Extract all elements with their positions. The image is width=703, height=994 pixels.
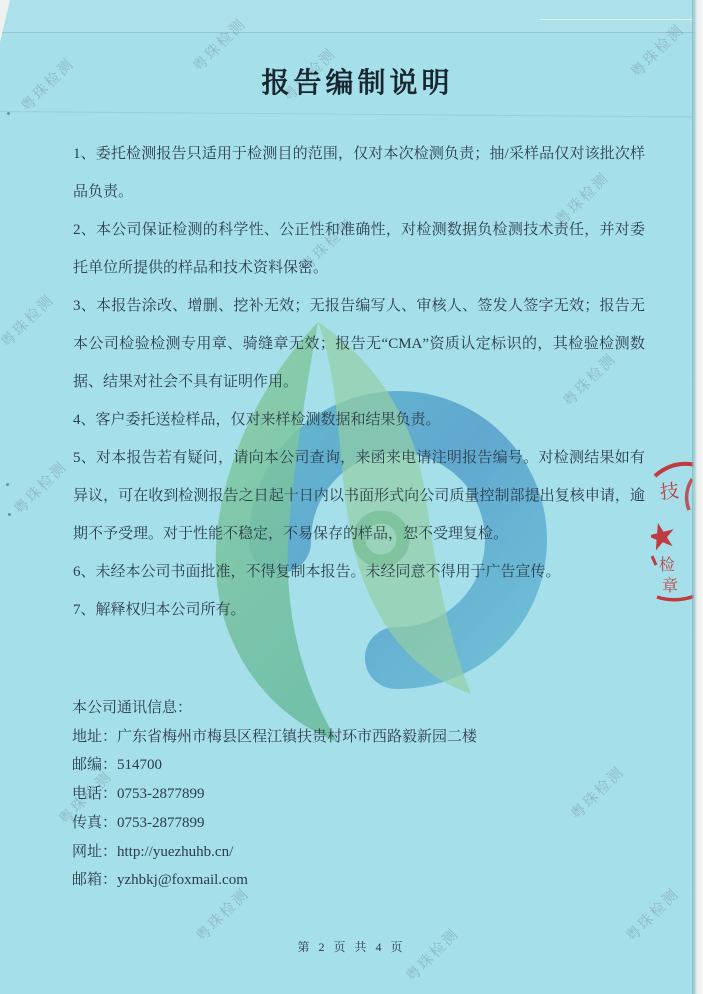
- contact-label: 网址：: [72, 844, 117, 860]
- note-item-6: 6、未经本公司书面批准，不得复制本报告。未经同意不得用于广告宣传。: [73, 553, 645, 591]
- seal-star-icon: ★: [651, 513, 682, 560]
- contact-phone: 电话：0753-2877899: [72, 780, 632, 809]
- contact-value: yzhbkj@foxmail.com: [117, 872, 248, 888]
- contact-value: 0753-2877899: [117, 815, 205, 831]
- contact-label: 传真：: [72, 815, 117, 831]
- note-item-7: 7、解释权归本公司所有。: [73, 591, 645, 629]
- seal-arc-top: [655, 464, 696, 476]
- scan-page-edge-line: [692, 0, 693, 994]
- contact-postcode: 邮编：514700: [72, 751, 632, 780]
- page-corner-fold: [0, 0, 10, 42]
- seal-char-top: 技: [659, 480, 680, 504]
- contact-email: 邮箱：yzhbkj@foxmail.com: [72, 866, 632, 895]
- note-item-4: 4、客户委托送检样品，仅对来样检测数据和结果负责。: [73, 401, 645, 439]
- scan-speck: [6, 483, 9, 486]
- contact-label: 电话：: [72, 786, 117, 802]
- contact-website: 网址：http://yuezhuhb.cn/: [72, 838, 632, 867]
- page-title: 报告编制说明: [0, 66, 703, 100]
- contact-value: 514700: [117, 757, 162, 773]
- contact-value: http://yuezhuhb.cn/: [117, 844, 233, 860]
- watermark-text: 粤珠检测: [0, 289, 58, 352]
- seal-char-mid: 检: [659, 556, 675, 574]
- scan-crease-line: [0, 111, 703, 118]
- contact-info: 本公司通讯信息： 地址：广东省梅州市梅县区程江镇扶贵村环市西路毅新园二楼 邮编：…: [72, 694, 632, 895]
- scan-page-edge: [692, 0, 703, 994]
- note-item-1: 1、委托检测报告只适用于检测目的范围，仅对本次检测负责；抽/采样品仅对该批次样品…: [73, 135, 645, 211]
- note-item-3: 3、本报告涂改、增删、挖补无效；无报告编写人、审核人、签发人签字无效；报告无本公…: [73, 287, 645, 401]
- note-item-5: 5、对本报告若有疑问，请向本公司查询，来函来电请注明报告编号。对检测结果如有异议…: [73, 439, 645, 553]
- contact-value: 广东省梅州市梅县区程江镇扶贵村环市西路毅新园二楼: [117, 729, 477, 745]
- contact-label: 地址：: [72, 729, 117, 745]
- scan-crease-line: [0, 32, 703, 33]
- contact-label: 邮编：: [72, 757, 117, 773]
- note-item-2: 2、本公司保证检测的科学性、公正性和准确性，对检测数据负检测技术责任，并对委托单…: [73, 211, 645, 287]
- seal-char-bottom: 章: [662, 576, 678, 595]
- scan-speck: [8, 513, 11, 516]
- seal-arc-bottom: [657, 596, 695, 600]
- red-seal-fragment: 技 ★ 检 章: [651, 452, 697, 602]
- contact-heading: 本公司通讯信息：: [72, 694, 632, 723]
- report-notes: 1、委托检测报告只适用于检测目的范围，仅对本次检测负责；抽/采样品仅对该批次样品…: [73, 135, 645, 629]
- page-number: 第 2 页 共 4 页: [0, 938, 703, 956]
- contact-value: 0753-2877899: [117, 786, 205, 802]
- scan-speck: [7, 112, 10, 115]
- watermark-text: 粤珠检测: [9, 456, 72, 519]
- contact-fax: 传真：0753-2877899: [72, 809, 632, 838]
- contact-label: 邮箱：: [72, 872, 117, 888]
- scan-top-band: [0, 0, 703, 32]
- contact-address: 地址：广东省梅州市梅县区程江镇扶贵村环市西路毅新园二楼: [72, 723, 632, 752]
- scanned-report-page: 粤珠检测 粤珠检测 粤珠检测 粤珠检测 粤珠检测 粤珠检测 粤珠检测 粤珠检测 …: [0, 0, 703, 994]
